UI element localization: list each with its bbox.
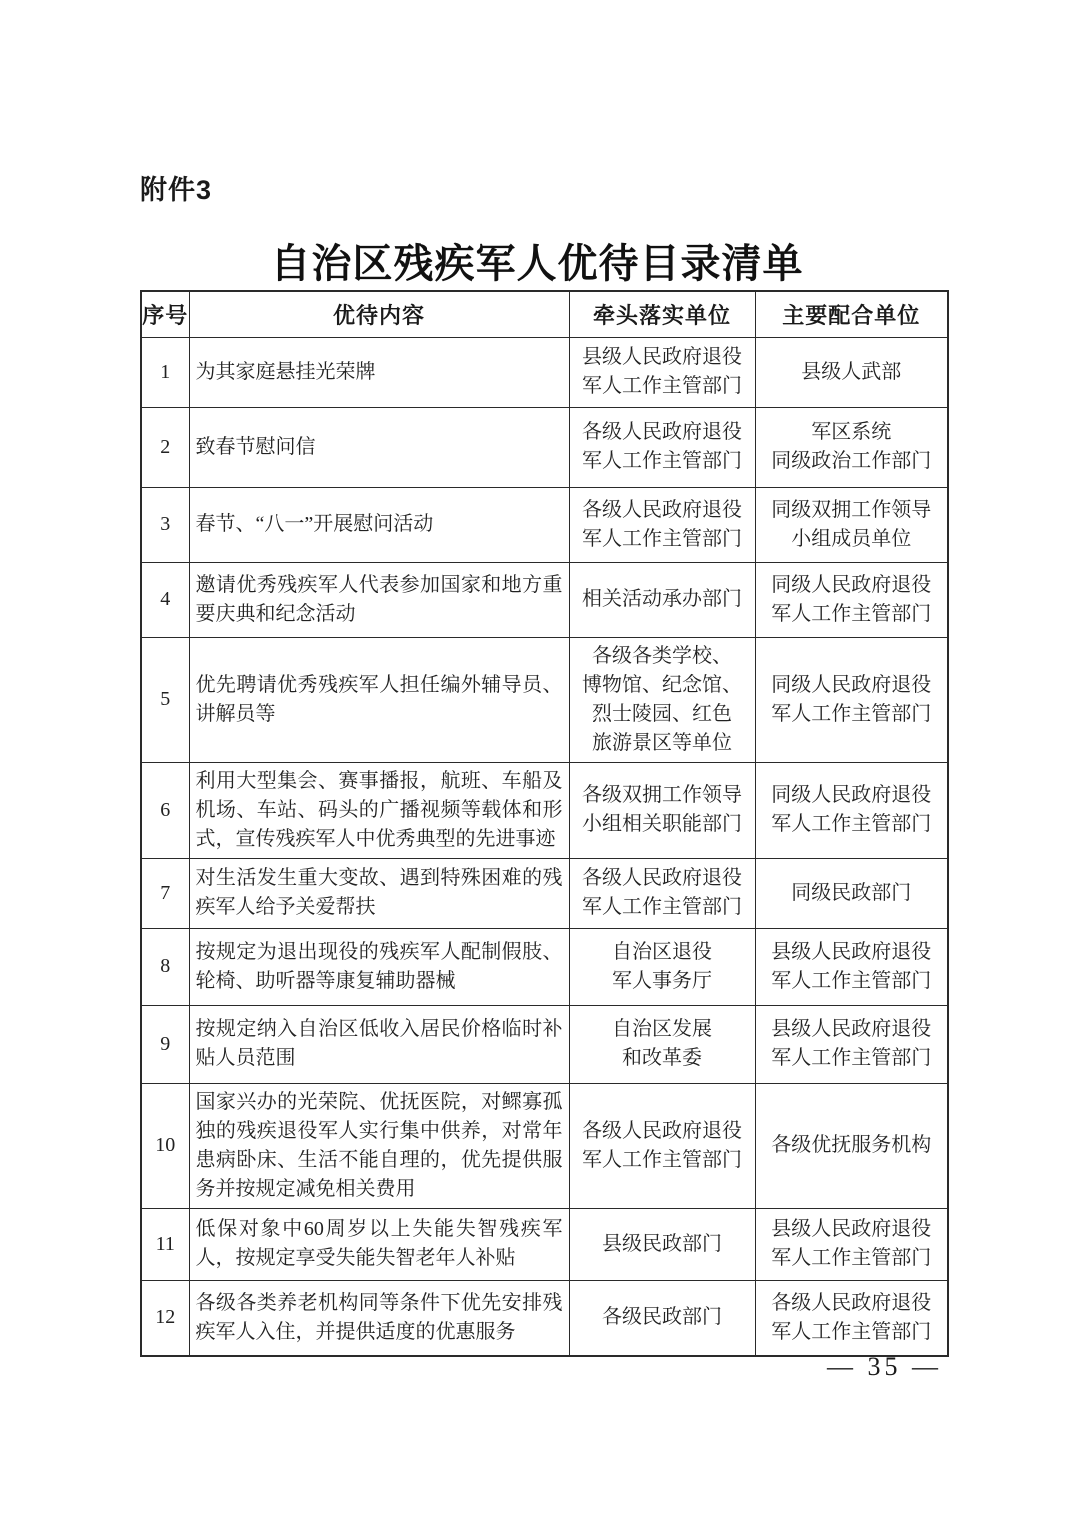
header-content: 优待内容 — [189, 291, 569, 337]
lead-unit-cell: 各级人民政府退役 军人工作主管部门 — [569, 858, 755, 928]
lead-unit-cell: 县级民政部门 — [569, 1208, 755, 1280]
table-row: 7 对生活发生重大变故、遇到特殊困难的残疾军人给予关爱帮扶 各级人民政府退役 军… — [141, 858, 948, 928]
table-row: 4 邀请优秀残疾军人代表参加国家和地方重要庆典和纪念活动 相关活动承办部门 同级… — [141, 562, 948, 637]
support-unit-cell: 军区系统 同级政治工作部门 — [755, 407, 948, 487]
support-unit-cell: 县级人武部 — [755, 337, 948, 407]
row-number-cell: 4 — [141, 562, 189, 637]
support-unit-cell: 县级人民政府退役 军人工作主管部门 — [755, 928, 948, 1005]
support-unit-cell: 同级人民政府退役 军人工作主管部门 — [755, 637, 948, 762]
table-header-row: 序号 优待内容 牵头落实单位 主要配合单位 — [141, 291, 948, 337]
content-cell: 邀请优秀残疾军人代表参加国家和地方重要庆典和纪念活动 — [189, 562, 569, 637]
header-support-unit: 主要配合单位 — [755, 291, 948, 337]
lead-unit-cell: 自治区退役 军人事务厅 — [569, 928, 755, 1005]
content-cell: 利用大型集会、赛事播报，航班、车船及机场、车站、码头的广播视频等载体和形式，宣传… — [189, 762, 569, 858]
support-unit-cell: 同级人民政府退役 军人工作主管部门 — [755, 562, 948, 637]
page-title: 自治区残疾军人优待目录清单 — [0, 232, 1074, 289]
content-cell: 致春节慰问信 — [189, 407, 569, 487]
content-cell: 春节、“八一”开展慰问活动 — [189, 487, 569, 562]
header-no: 序号 — [141, 291, 189, 337]
row-number-cell: 7 — [141, 858, 189, 928]
support-unit-cell: 县级人民政府退役 军人工作主管部门 — [755, 1005, 948, 1083]
content-cell: 国家兴办的光荣院、优抚医院，对鳏寡孤独的残疾退役军人实行集中供养，对常年患病卧床… — [189, 1083, 569, 1208]
page-number: — 35 — — [827, 1352, 942, 1382]
support-unit-cell: 同级双拥工作领导 小组成员单位 — [755, 487, 948, 562]
header-lead-unit: 牵头落实单位 — [569, 291, 755, 337]
row-number-cell: 10 — [141, 1083, 189, 1208]
lead-unit-cell: 各级人民政府退役 军人工作主管部门 — [569, 1083, 755, 1208]
lead-unit-cell: 各级人民政府退役 军人工作主管部门 — [569, 407, 755, 487]
lead-unit-cell: 县级人民政府退役 军人工作主管部门 — [569, 337, 755, 407]
content-cell: 各级各类养老机构同等条件下优先安排残疾军人入住，并提供适度的优惠服务 — [189, 1280, 569, 1356]
row-number-cell: 3 — [141, 487, 189, 562]
row-number-cell: 8 — [141, 928, 189, 1005]
support-unit-cell: 同级民政部门 — [755, 858, 948, 928]
table-row: 11 低保对象中60周岁以上失能失智残疾军人，按规定享受失能失智老年人补贴 县级… — [141, 1208, 948, 1280]
row-number-cell: 6 — [141, 762, 189, 858]
table-row: 12 各级各类养老机构同等条件下优先安排残疾军人入住，并提供适度的优惠服务 各级… — [141, 1280, 948, 1356]
table-row: 6 利用大型集会、赛事播报，航班、车船及机场、车站、码头的广播视频等载体和形式，… — [141, 762, 948, 858]
row-number-cell: 5 — [141, 637, 189, 762]
table-row: 8 按规定为退出现役的残疾军人配制假肢、轮椅、助听器等康复辅助器械 自治区退役 … — [141, 928, 948, 1005]
table-row: 10 国家兴办的光荣院、优抚医院，对鳏寡孤独的残疾退役军人实行集中供养，对常年患… — [141, 1083, 948, 1208]
support-unit-cell: 县级人民政府退役 军人工作主管部门 — [755, 1208, 948, 1280]
content-cell: 按规定为退出现役的残疾军人配制假肢、轮椅、助听器等康复辅助器械 — [189, 928, 569, 1005]
document-page: 附件3 自治区残疾军人优待目录清单 序号 优待内容 牵头落实单位 主要配合单位 … — [0, 0, 1074, 1514]
row-number-cell: 2 — [141, 407, 189, 487]
content-cell: 对生活发生重大变故、遇到特殊困难的残疾军人给予关爱帮扶 — [189, 858, 569, 928]
content-cell: 为其家庭悬挂光荣牌 — [189, 337, 569, 407]
table-row: 9 按规定纳入自治区低收入居民价格临时补贴人员范围 自治区发展 和改革委 县级人… — [141, 1005, 948, 1083]
support-unit-cell: 各级人民政府退役 军人工作主管部门 — [755, 1280, 948, 1356]
lead-unit-cell: 自治区发展 和改革委 — [569, 1005, 755, 1083]
table-row: 1 为其家庭悬挂光荣牌 县级人民政府退役 军人工作主管部门 县级人武部 — [141, 337, 948, 407]
row-number-cell: 11 — [141, 1208, 189, 1280]
content-cell: 优先聘请优秀残疾军人担任编外辅导员、讲解员等 — [189, 637, 569, 762]
lead-unit-cell: 各级民政部门 — [569, 1280, 755, 1356]
support-unit-cell: 各级优抚服务机构 — [755, 1083, 948, 1208]
preferential-treatment-table: 序号 优待内容 牵头落实单位 主要配合单位 1 为其家庭悬挂光荣牌 县级人民政府… — [140, 290, 949, 1357]
row-number-cell: 12 — [141, 1280, 189, 1356]
table-row: 2 致春节慰问信 各级人民政府退役 军人工作主管部门 军区系统 同级政治工作部门 — [141, 407, 948, 487]
content-cell: 低保对象中60周岁以上失能失智残疾军人，按规定享受失能失智老年人补贴 — [189, 1208, 569, 1280]
lead-unit-cell: 各级双拥工作领导 小组相关职能部门 — [569, 762, 755, 858]
attachment-label: 附件3 — [140, 168, 212, 207]
table-row: 3 春节、“八一”开展慰问活动 各级人民政府退役 军人工作主管部门 同级双拥工作… — [141, 487, 948, 562]
support-unit-cell: 同级人民政府退役 军人工作主管部门 — [755, 762, 948, 858]
lead-unit-cell: 各级人民政府退役 军人工作主管部门 — [569, 487, 755, 562]
lead-unit-cell: 相关活动承办部门 — [569, 562, 755, 637]
lead-unit-cell: 各级各类学校、 博物馆、纪念馆、 烈士陵园、红色 旅游景区等单位 — [569, 637, 755, 762]
content-cell: 按规定纳入自治区低收入居民价格临时补贴人员范围 — [189, 1005, 569, 1083]
row-number-cell: 1 — [141, 337, 189, 407]
table-row: 5 优先聘请优秀残疾军人担任编外辅导员、讲解员等 各级各类学校、 博物馆、纪念馆… — [141, 637, 948, 762]
row-number-cell: 9 — [141, 1005, 189, 1083]
